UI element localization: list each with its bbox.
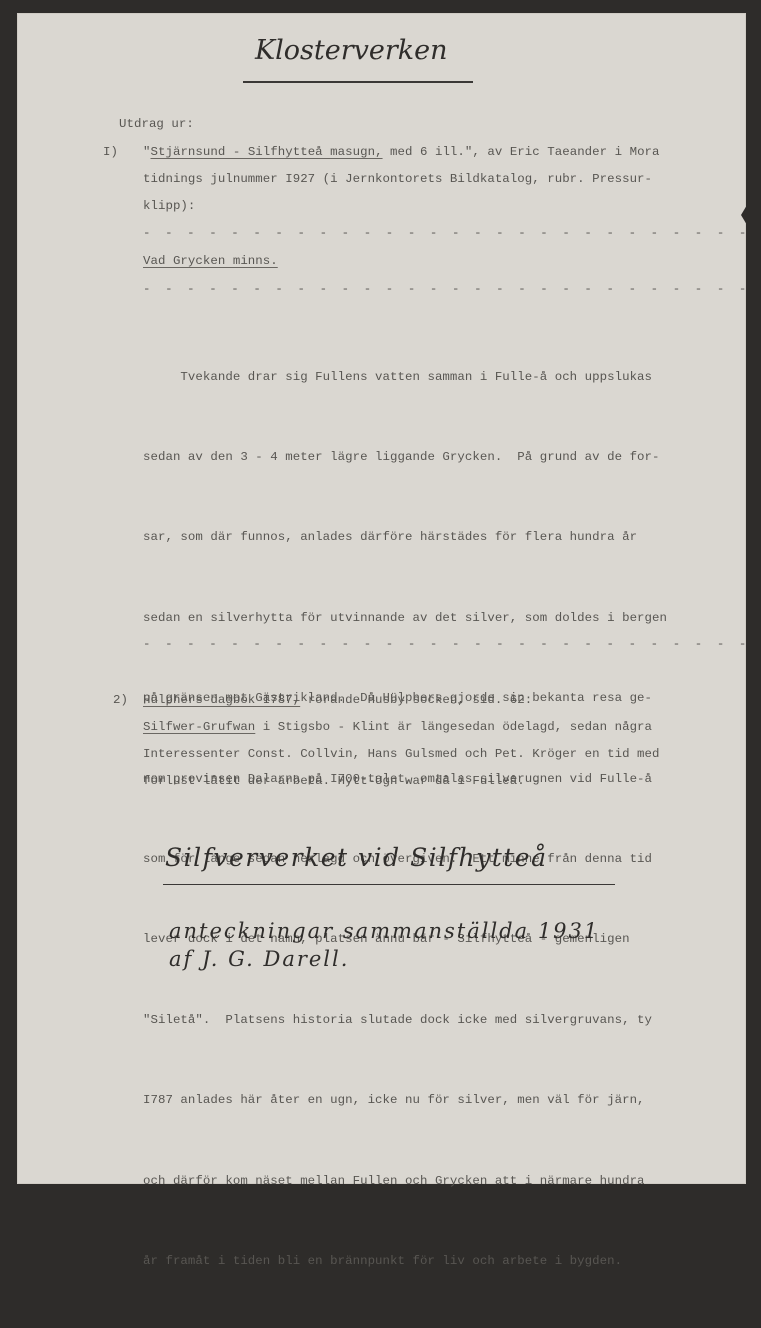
item1-line3: klipp): xyxy=(143,199,195,213)
divider-bottom: - - - - - - - - - - - - - - - - - - - - … xyxy=(143,637,761,651)
paragraph-line: I787 anlades här åter en ugn, icke nu fö… xyxy=(143,1087,667,1114)
item1-marker: I) xyxy=(103,145,118,159)
item1-line2: tidnings julnummer I927 (i Jernkontorets… xyxy=(143,172,652,186)
item2-source-title: Hülphers dagbok I787, xyxy=(143,693,300,707)
item2-line2-rest: i Stigsbo - Klint är längesedan ödelagd,… xyxy=(255,720,652,734)
paragraph-line: och därför kom näset mellan Fullen och G… xyxy=(143,1168,667,1195)
document-page: Klosterverken Utdrag ur: I) "Stjärnsund … xyxy=(17,13,746,1184)
item2-line1: Hülphers dagbok I787, rörande Husby sock… xyxy=(143,693,532,707)
paragraph-line: Tvekande drar sig Fullens vatten samman … xyxy=(143,364,667,391)
handwritten-title: Klosterverken xyxy=(255,35,448,66)
paragraph-line: sar, som där funnos, anlades därföre här… xyxy=(143,524,667,551)
item1-line1-rest: med 6 ill.", av Eric Taeander i Mora xyxy=(383,145,660,159)
item2-line4: förlust låtit der arbeta. Hytt-Ugn war d… xyxy=(143,774,540,788)
handwritten-heading: Silfververket vid Silfhytteå xyxy=(165,843,548,872)
handwritten-heading-underline xyxy=(163,884,615,885)
quote-open: " xyxy=(143,145,151,159)
paragraph-line: "Siletå". Platsens historia slutade dock… xyxy=(143,1007,667,1034)
item1-line1: "Stjärnsund - Silfhytteå masugn, med 6 i… xyxy=(143,145,660,159)
item2-line3: Interessenter Const. Collvin, Hans Gulsm… xyxy=(143,747,660,761)
item2-line1-rest: rörande Husby socken, sid. 62: xyxy=(300,693,532,707)
subheading: Vad Grycken minns. xyxy=(143,254,278,268)
divider-top: - - - - - - - - - - - - - - - - - - - - … xyxy=(143,226,761,240)
intro-label: Utdrag ur: xyxy=(119,117,194,131)
item2-marker: 2) xyxy=(113,693,128,707)
handwritten-note-line1: anteckningar sammanställda 1931 xyxy=(169,919,599,943)
item2-quote-title: Silfwer-Grufwan xyxy=(143,720,255,734)
paragraph-line: sedan en silverhytta för utvinnande av d… xyxy=(143,605,667,632)
item2-line2: Silfwer-Grufwan i Stigsbo - Klint är län… xyxy=(143,720,652,734)
divider-middle: - - - - - - - - - - - - - - - - - - - - … xyxy=(143,282,761,296)
item1-source-title: Stjärnsund - Silfhytteå masugn, xyxy=(151,145,383,159)
paper-edge-tear xyxy=(741,205,747,225)
handwritten-note-line2: af J. G. Darell. xyxy=(169,947,349,971)
paragraph-line: sedan av den 3 - 4 meter lägre liggande … xyxy=(143,444,667,471)
title-underline xyxy=(243,81,473,83)
